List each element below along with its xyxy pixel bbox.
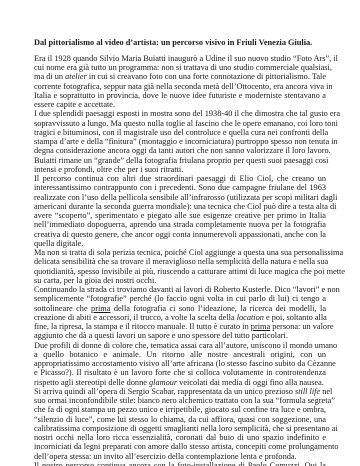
text-line: intensi e profondi, oltre che per i suoi… [34,165,326,174]
text-line: che fa di ogni stampa un pezzo unico e i… [34,405,326,414]
text-line: quotidianità, spesso invisibile ai più, … [34,267,326,276]
text-line: nostri occhi nella loro ricca essenziali… [34,433,326,442]
text-line: Continuando la strada ci troviamo davant… [34,285,326,294]
text-line: fine, la ripresa, la stampa e il ritocco… [34,322,326,331]
text-line: aggiunto che dà a questi lavori un sapor… [34,331,326,340]
text-line: dell’opera stessa: un invito all’eserciz… [34,452,326,461]
text-line: sottolineare che prima della fotografia … [34,304,326,313]
text-line: delicata sensibilità che sa trovare il m… [34,257,326,266]
text-line: Italia e soprattutto in provincia, dove … [34,91,326,100]
text-line: Buiatti rimane un “grande” della fotogra… [34,156,326,165]
text-line: americani durante la seconda guerra mond… [34,202,326,211]
text-line: realizzate con l’uso della pellicola sen… [34,193,326,202]
text-line: Ma non si tratta di sola perizia tecnica… [34,248,326,257]
text-line: incorniciati da legni preparati con amor… [34,442,326,451]
text-line: Due profili di donne di colore che, tema… [34,341,326,350]
text-line: creativa di questo genere, che ancor ogg… [34,230,326,239]
document-title: Dal pittorialismo al video d’artista: un… [34,38,326,47]
text-line: “silenzio di luce”, come lui stesso lo c… [34,415,326,424]
document-body: Era il 1928 quando Silvio Maria Buiatti … [34,54,326,466]
text-line: a quello botanico e animale. Un ritorno … [34,350,326,359]
text-line: e Picasso?). Il risultato è un lavoro fo… [34,368,326,377]
text-line: quella digitale. [34,239,326,248]
text-line: stampa d’arte e della “finitura” (montag… [34,137,326,146]
text-line: cui nome era già tutto un programma: non… [34,63,326,72]
text-line: essere capite e accettate. [34,100,326,109]
text-line: Il nostro percorso continua ancora con l… [34,461,326,466]
text-line: tragici e bituminosi, con il magistrale … [34,128,326,137]
text-line: appropriatissimo accostamento visivo all… [34,359,326,368]
text-line: suo ormai inconfondibile stile: bianco n… [34,396,326,405]
text-line: Si arriva quindi all’opera di Sergio Sca… [34,387,326,396]
text-line: degna considerazione ancora oggi da tant… [34,146,326,155]
text-line: creazione di abiti e accessori, il trucc… [34,313,326,322]
text-line: sopravvissuto a lungo. Ma questo nulla t… [34,119,326,128]
document-page: Dal pittorialismo al video d’artista: un… [34,38,326,466]
text-line: rispetto agli stereotipi delle donne gla… [34,378,326,387]
text-line: ma di un atelier in cui si creavano foto… [34,72,326,81]
text-line: avere “scoperto”, sperimentato e piegato… [34,211,326,220]
text-line: nell’immediato dopoguerra, aprendo una s… [34,220,326,229]
text-line: Era il 1928 quando Silvio Maria Buiatti … [34,54,326,63]
text-line: I due splendidi paesaggi esposti in most… [34,109,326,118]
text-line: interessantissimo contrappunto con i pre… [34,183,326,192]
text-line: calibratissima composizione di oggetti s… [34,424,326,433]
text-line: semplicemente “fotografie” perché (lo fa… [34,294,326,303]
text-line: Il percorso continua con altri due strao… [34,174,326,183]
text-line: su carta, per la gioia dei nostri occhi. [34,276,326,285]
text-line: corrente fotografica, seppur nata già ne… [34,82,326,91]
